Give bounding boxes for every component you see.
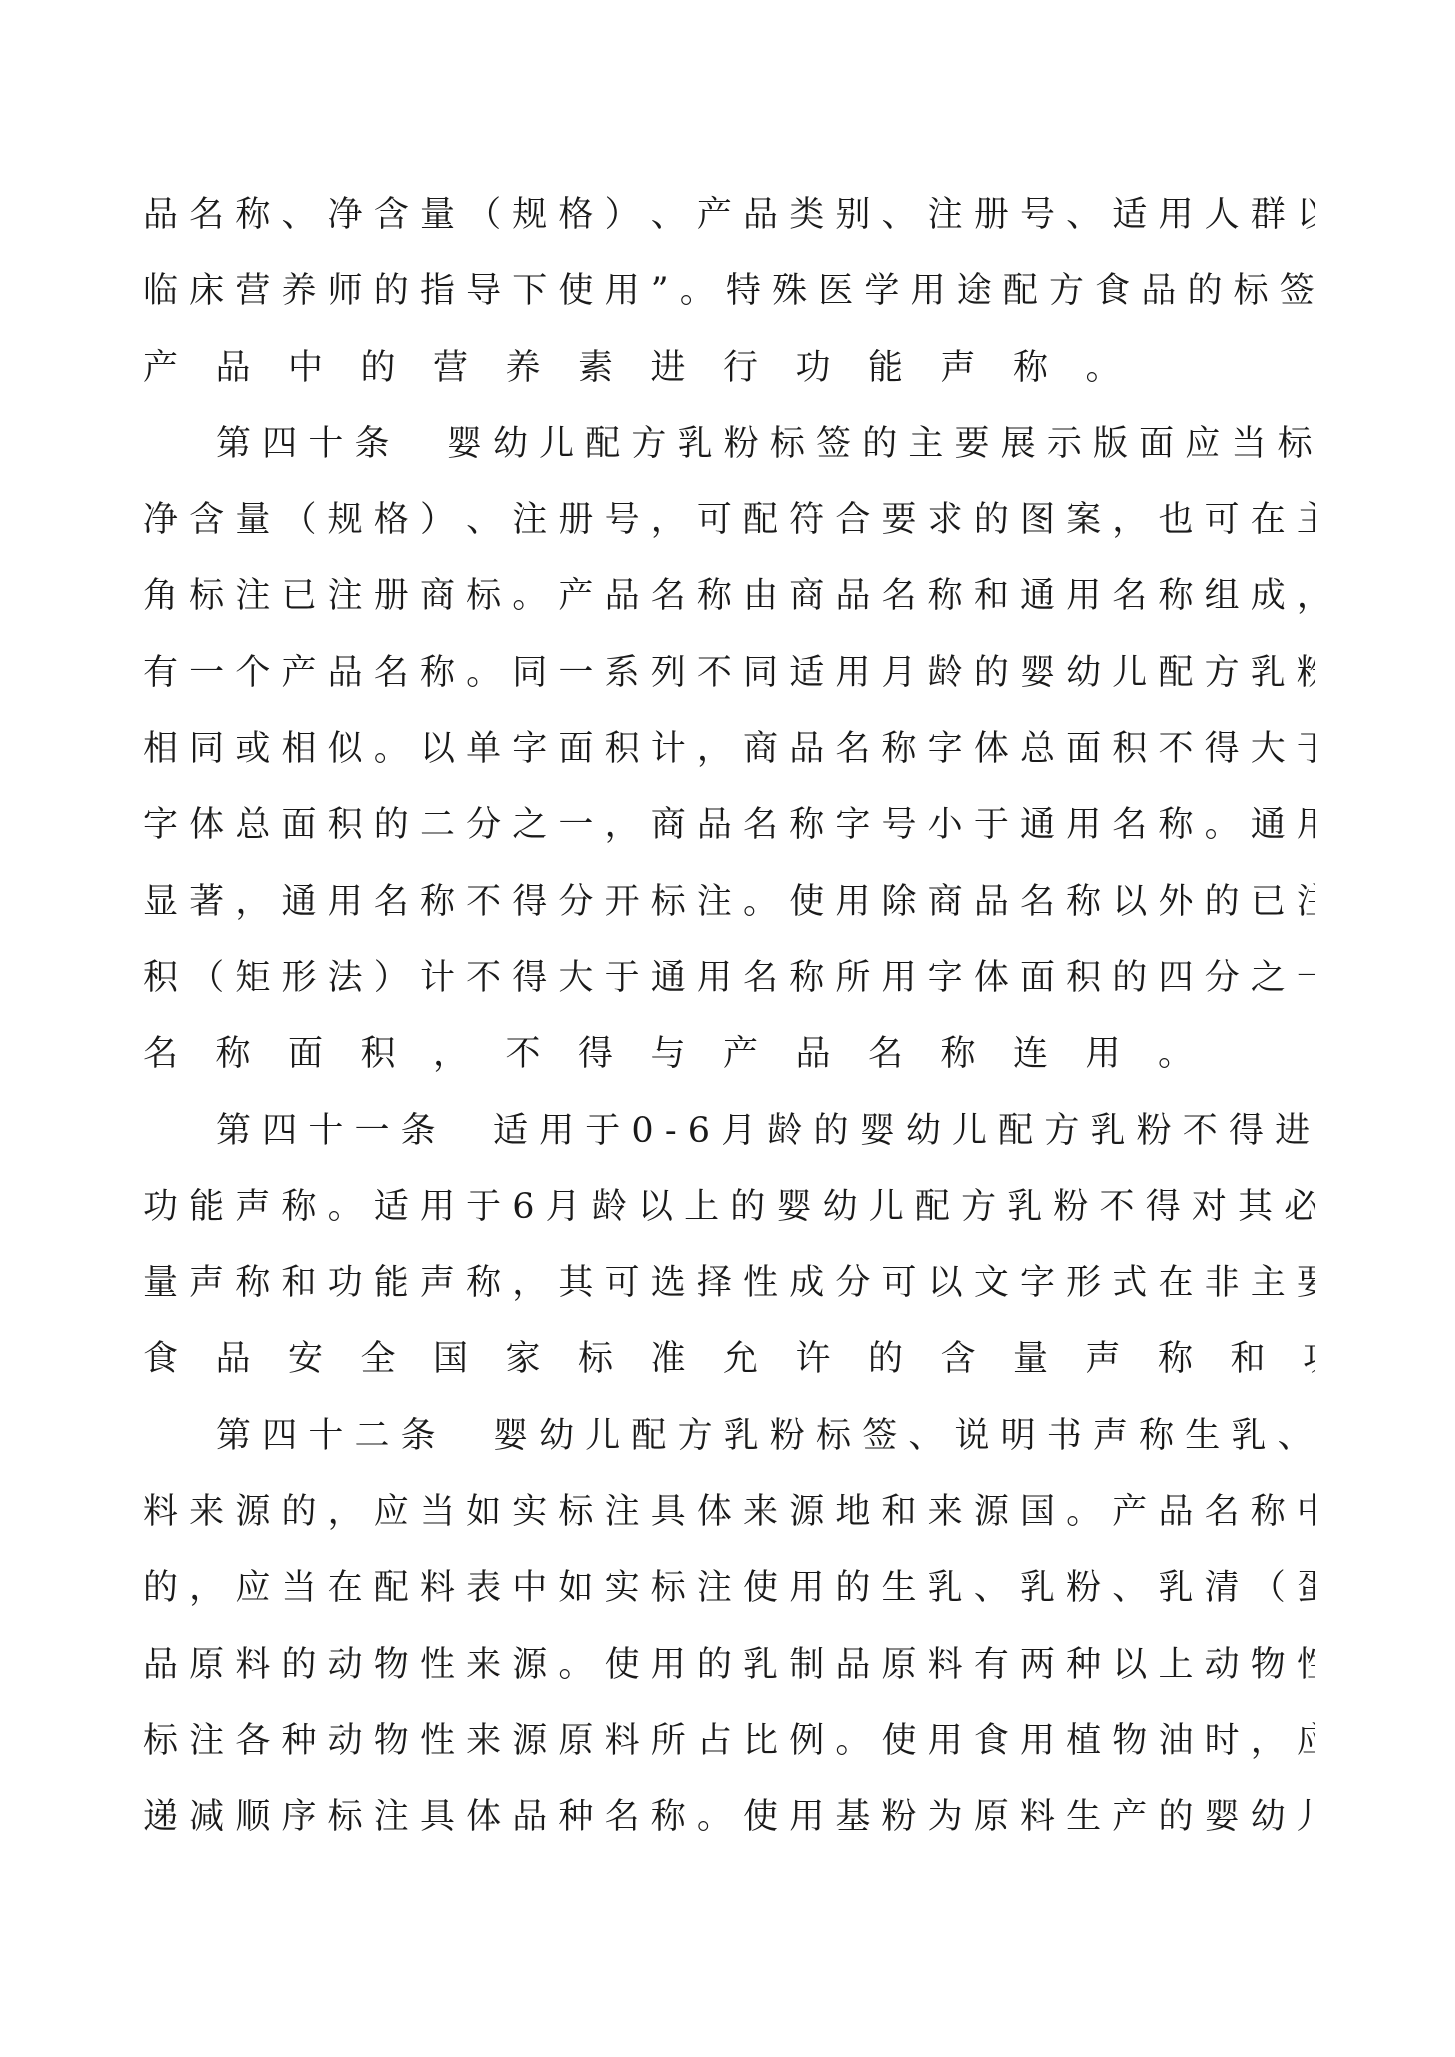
paragraph-article-41: 第 四 十 一 条 适 用 于 0 - 6 月 龄 的 婴 幼 儿 配 方 乳 … <box>143 1106 1315 1411</box>
text-line: 净 含 量 （ 规 格 ） 、 注 册 号 ， 可 配 符 合 要 求 的 图 … <box>143 495 1315 571</box>
text-line: 相 同 或 相 似 。 以 单 字 面 积 计 ， 商 品 名 称 字 体 总 … <box>143 724 1315 800</box>
text-line: 递 减 顺 序 标 注 具 体 品 种 名 称 。 使 用 基 粉 为 原 料 … <box>143 1792 1315 1868</box>
text-line: 字 体 总 面 积 的 二 分 之 一 ， 商 品 名 称 字 号 小 于 通 … <box>143 800 1315 876</box>
text-line: 食品安全国家标准允许的含量声称和功能声称。 <box>143 1334 1315 1410</box>
text-line: 产品中的营养素进行功能声称。 <box>143 343 1315 419</box>
text-line: 角 标 注 已 注 册 商 标 。 产 品 名 称 由 商 品 名 称 和 通 … <box>143 571 1315 647</box>
text-line: 品 名 称 、 净 含 量 （ 规 格 ） 、 产 品 类 别 、 注 册 号 … <box>143 190 1315 266</box>
article-heading-line: 第 四 十 二 条 婴 幼 儿 配 方 乳 粉 标 签 、 说 明 书 声 称 … <box>143 1411 1315 1487</box>
paragraph-previous-article-continuation: 品 名 称 、 净 含 量 （ 规 格 ） 、 产 品 类 别 、 注 册 号 … <box>143 190 1315 419</box>
text-line: 显 著 ， 通 用 名 称 不 得 分 开 标 注 。 使 用 除 商 品 名 … <box>143 877 1315 953</box>
text-line: 的 ， 应 当 在 配 料 表 中 如 实 标 注 使 用 的 生 乳 、 乳 … <box>143 1563 1315 1639</box>
paragraph-article-40: 第 四 十 条 婴 幼 儿 配 方 乳 粉 标 签 的 主 要 展 示 版 面 … <box>143 419 1315 1106</box>
text-line: 临 床 营 养 师 的 指 导 下 使 用 ” 。 特 殊 医 学 用 途 配 … <box>143 266 1315 342</box>
text-line: 品 原 料 的 动 物 性 来 源 。 使 用 的 乳 制 品 原 料 有 两 … <box>143 1640 1315 1716</box>
paragraph-article-42: 第 四 十 二 条 婴 幼 儿 配 方 乳 粉 标 签 、 说 明 书 声 称 … <box>143 1411 1315 1869</box>
text-line: 量 声 称 和 功 能 声 称 ， 其 可 选 择 性 成 分 可 以 文 字 … <box>143 1258 1315 1334</box>
article-heading-line: 第 四 十 一 条 适 用 于 0 - 6 月 龄 的 婴 幼 儿 配 方 乳 … <box>143 1106 1315 1182</box>
text-line: 有 一 个 产 品 名 称 。 同 一 系 列 不 同 适 用 月 龄 的 婴 … <box>143 648 1315 724</box>
text-line: 标 注 各 种 动 物 性 来 源 原 料 所 占 比 例 。 使 用 食 用 … <box>143 1716 1315 1792</box>
text-line: 料 来 源 的 ， 应 当 如 实 标 注 具 体 来 源 地 和 来 源 国 … <box>143 1487 1315 1563</box>
article-heading-line: 第 四 十 条 婴 幼 儿 配 方 乳 粉 标 签 的 主 要 展 示 版 面 … <box>143 419 1315 495</box>
text-line: 功 能 声 称 。 适 用 于 6 月 龄 以 上 的 婴 幼 儿 配 方 乳 … <box>143 1182 1315 1258</box>
document-page: 品 名 称 、 净 含 量 （ 规 格 ） 、 产 品 类 别 、 注 册 号 … <box>143 190 1315 1869</box>
text-line: 积 （ 矩 形 法 ） 计 不 得 大 于 通 用 名 称 所 用 字 体 面 … <box>143 953 1315 1029</box>
text-line: 名称面积，不得与产品名称连用。 <box>143 1029 1315 1105</box>
